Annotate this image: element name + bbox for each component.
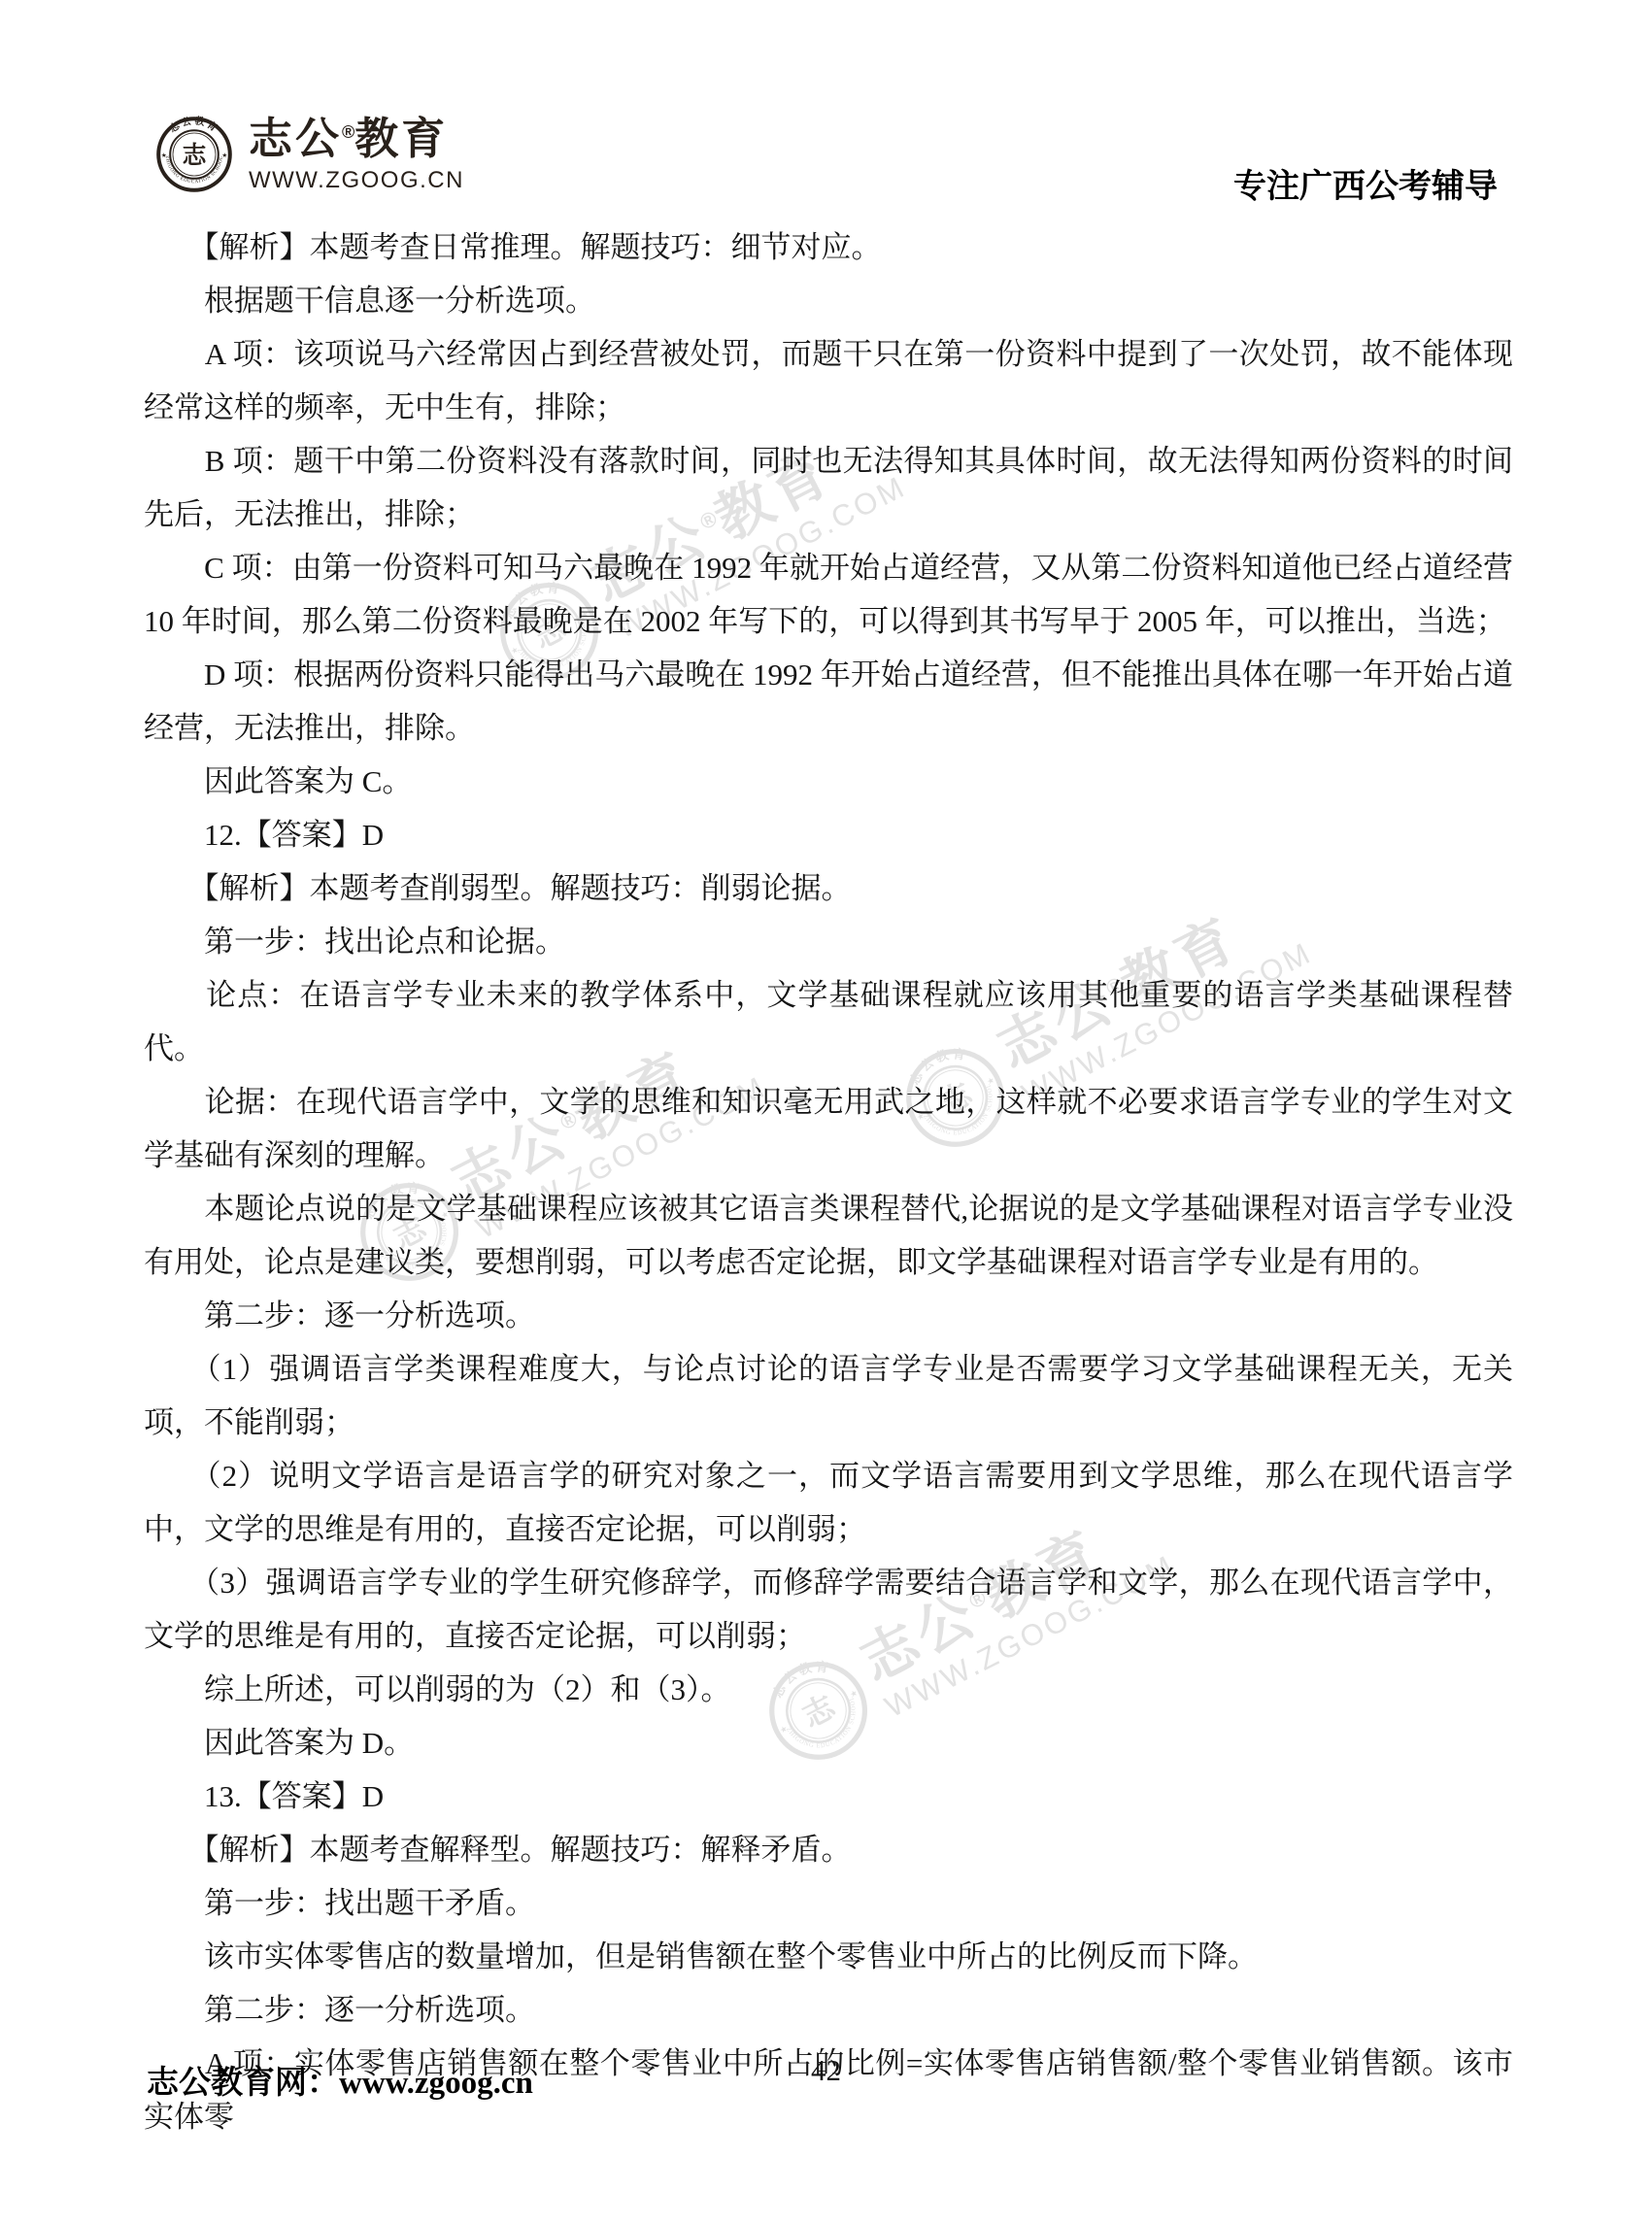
svg-text:★: ★ [161, 152, 167, 159]
document-body: 【解析】本题考查日常推理。解题技巧：细节对应。 根据题干信息逐一分析选项。 A … [144, 220, 1513, 2143]
svg-text:★: ★ [221, 152, 227, 159]
paragraph: 因此答案为 D。 [144, 1716, 1513, 1770]
paragraph: D 项：根据两份资料只能得出马六最晚在 1992 年开始占道经营，但不能推出具体… [144, 648, 1513, 755]
registered-mark-icon: ® [342, 122, 354, 142]
brand-logo-text: 志公®教育 WWW.ZGOOG.CN [249, 115, 464, 194]
paragraph: 12.【答案】D [144, 808, 1513, 861]
paragraph: （2）说明文学语言是语言学的研究对象之一，而文学语言需要用到文学思维，那么在现代… [144, 1449, 1513, 1556]
paragraph: 第二步：逐一分析选项。 [144, 1983, 1513, 2037]
svg-text:志: 志 [183, 142, 208, 169]
paragraph: 论据：在现代语言学中，文学的思维和知识毫无用武之地，这样就不必要求语言学专业的学… [144, 1075, 1513, 1182]
header-tagline: 专注广西公考辅导 [1233, 159, 1498, 207]
document-page: 志公教育ZHIGONG EDUCATION SCHOOL★★志 志公®教育 WW… [0, 0, 1652, 2225]
paragraph: B 项：题干中第二份资料没有落款时间，同时也无法得知其具体时间，故无法得知两份资… [144, 434, 1513, 541]
footer-site-link: 志公教育网：www.zgoog.cn [147, 2057, 533, 2103]
paragraph: 论点：在语言学专业未来的教学体系中，文学基础课程就应该用其他重要的语言学类基础课… [144, 968, 1513, 1075]
paragraph: （1）强调语言学类课程难度大，与论点讨论的语言学专业是否需要学习文学基础课程无关… [144, 1342, 1513, 1449]
paragraph: 第一步：找出论点和论据。 [144, 915, 1513, 968]
zhigong-seal-icon: 志公教育ZHIGONG EDUCATION SCHOOL★★志 [155, 116, 233, 193]
paragraph: 【解析】本题考查日常推理。解题技巧：细节对应。 [144, 220, 1513, 274]
paragraph: 根据题干信息逐一分析选项。 [144, 274, 1513, 327]
paragraph: 第二步：逐一分析选项。 [144, 1289, 1513, 1342]
brand-website: WWW.ZGOOG.CN [249, 167, 464, 194]
paragraph: 【解析】本题考查削弱型。解题技巧：削弱论据。 [144, 861, 1513, 915]
paragraph: 第一步：找出题干矛盾。 [144, 1876, 1513, 1930]
paragraph: 本题论点说的是文学基础课程应该被其它语言类课程替代,论据说的是文学基础课程对语言… [144, 1182, 1513, 1289]
paragraph: C 项：由第一份资料可知马六最晚在 1992 年就开始占道经营，又从第二份资料知… [144, 541, 1513, 648]
paragraph: 综上所述，可以削弱的为（2）和（3）。 [144, 1663, 1513, 1716]
paragraph: 【解析】本题考查解释型。解题技巧：解释矛盾。 [144, 1823, 1513, 1876]
brand-name: 志公®教育 [249, 115, 464, 163]
paragraph: 13.【答案】D [144, 1770, 1513, 1823]
paragraph: （3）强调语言学专业的学生研究修辞学，而修辞学需要结合语言学和文学，那么在现代语… [144, 1556, 1513, 1663]
paragraph: 该市实体零售店的数量增加，但是销售额在整个零售业中所占的比例反而下降。 [144, 1930, 1513, 1983]
paragraph: 因此答案为 C。 [144, 755, 1513, 808]
brand-logo: 志公教育ZHIGONG EDUCATION SCHOOL★★志 志公®教育 WW… [155, 115, 464, 194]
paragraph: A 项：该项说马六经常因占到经营被处罚，而题干只在第一份资料中提到了一次处罚，故… [144, 327, 1513, 434]
